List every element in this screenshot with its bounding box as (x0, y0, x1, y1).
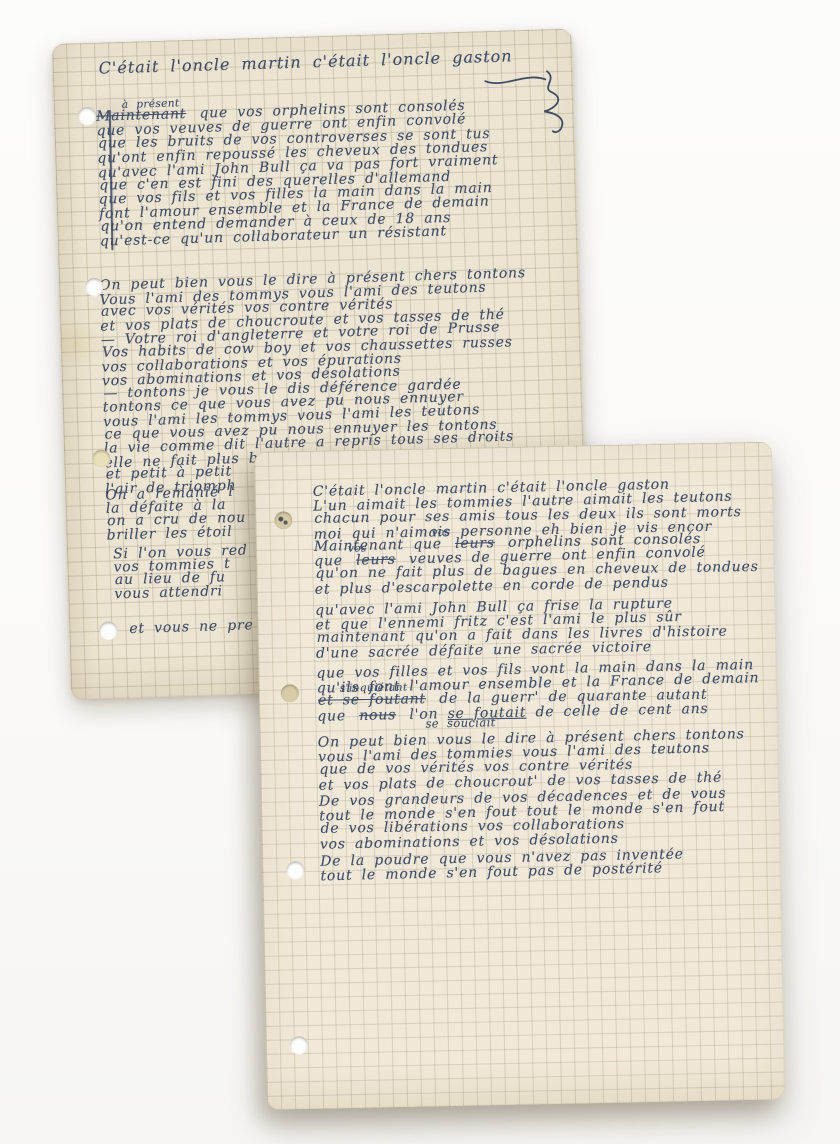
stanza: que vos filles et vos fils vont la main … (316, 658, 760, 724)
page-title-line: C'était l'oncle martin c'était l'oncle g… (98, 46, 512, 77)
handwritten-line: vous attendri (114, 584, 249, 601)
stanza: Maintenant que leursvos orphelins sont c… (314, 531, 758, 597)
line-text: de celle de cent ans (535, 701, 708, 720)
punch-hole (281, 684, 299, 702)
handwritten-line: briller les étoil (106, 525, 245, 542)
stanza: On peut bien vous le dire à présent cher… (318, 727, 746, 792)
stanza: De vos grandeurs de vos décadences et de… (319, 787, 727, 852)
punch-hole (78, 107, 97, 126)
manuscript-page-front: C'était l'oncle martin c'était l'oncle g… (254, 442, 785, 1110)
stanza: On a remanié l la défaite à la on a cru … (105, 485, 245, 542)
line-text: que (317, 708, 346, 725)
photo-scene: C'était l'oncle martin c'était l'oncle g… (0, 0, 840, 1144)
punch-hole (99, 621, 118, 640)
stanza: à présent Maintenant que vos orphelins s… (96, 99, 501, 250)
stanza: Si l'on vous red vos tommies t au lieu d… (113, 544, 249, 601)
inserted-word: vos (432, 527, 451, 537)
punch-hole (274, 511, 292, 529)
stanza: De la poudre que vous n'avez pas inventé… (320, 847, 684, 883)
stanza: et vous ne pre (129, 619, 254, 637)
punch-hole (290, 1036, 308, 1054)
struck-word: nous (359, 707, 396, 724)
inserted-word: à présent (122, 98, 180, 110)
punch-hole (286, 861, 304, 879)
stanza: qu'avec l'ami John Bull ça frise la rupt… (315, 596, 727, 661)
inserted-word: vos (348, 544, 367, 554)
inserted-word-below: se souciait (425, 717, 495, 729)
inserted-word: s'inquiétant (340, 683, 408, 694)
handwritten-line: et vous ne pre (129, 619, 254, 637)
